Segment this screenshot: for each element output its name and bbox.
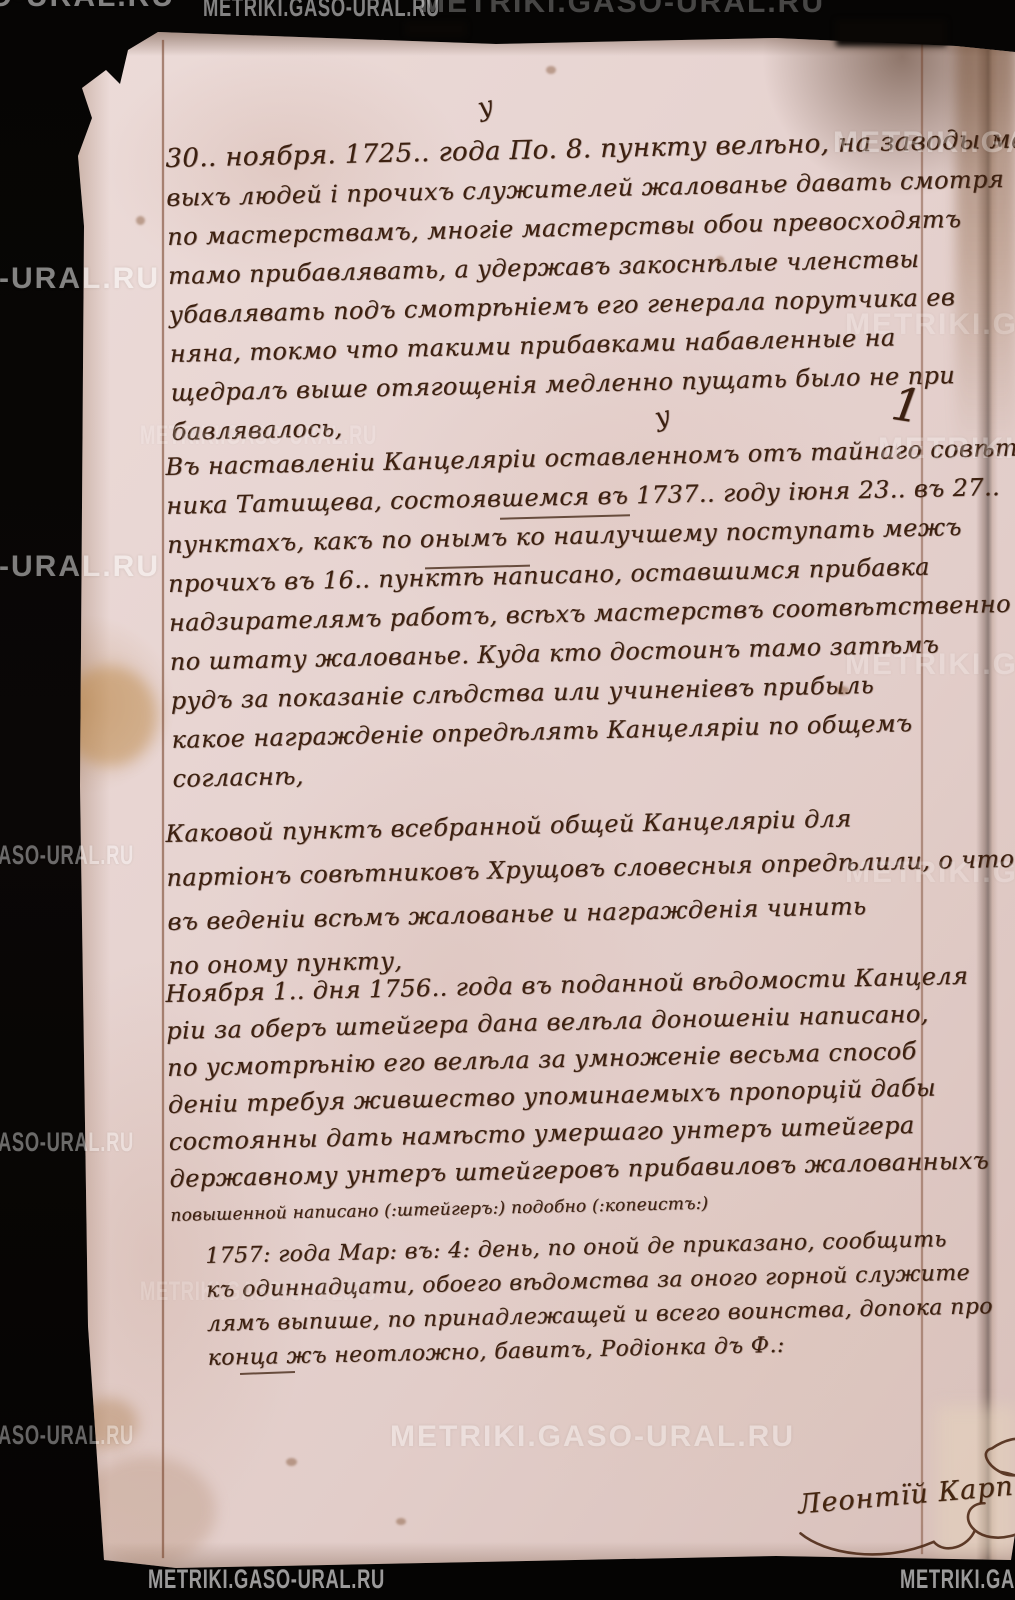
corner-stain <box>76 1456 216 1566</box>
foxing-spot <box>286 1458 297 1466</box>
foxing-spot <box>546 66 556 74</box>
manuscript-page: 30.. ноября. 1725.. года По. 8. пункту в… <box>76 26 1015 1568</box>
paragraph-1: 30.. ноября. 1725.. года По. 8. пункту в… <box>165 118 1015 451</box>
watermark: METRIKI.GASO-URAL.RU <box>203 0 440 23</box>
signature-flourish <box>775 1421 1015 1577</box>
paragraph-2: Въ наставленіи Канцеляріи оставленномъ о… <box>165 429 1015 799</box>
watermark: METRIKI.GASO-URAL.RU <box>900 1564 1015 1595</box>
paragraph-5: 1757: года Мар: въ: 4: день, по оной де … <box>205 1222 994 1376</box>
abbreviation-mark: у <box>475 91 497 124</box>
paragraph-4: Ноября 1.. дня 1756.. года въ поданной в… <box>165 957 990 1235</box>
foxing-spot <box>136 216 145 225</box>
watermark: METRIKI.GASO-URAL.RU <box>420 0 825 20</box>
binding-shadow <box>836 20 946 46</box>
manuscript-scan: 30.. ноября. 1725.. года По. 8. пункту в… <box>0 0 1015 1600</box>
signature-block: Леонтїй Карпо, <box>775 1421 1015 1577</box>
binding-shadow <box>406 22 466 36</box>
edge-stain <box>78 1398 138 1448</box>
foxing-spot <box>396 1518 406 1525</box>
edge-stain <box>62 666 157 766</box>
watermark: METRIKI.GASO-URAL.RU <box>148 1564 385 1595</box>
watermark: METRIKI.GASO-URAL.RU <box>0 0 175 14</box>
left-margin-rule <box>162 40 164 1558</box>
